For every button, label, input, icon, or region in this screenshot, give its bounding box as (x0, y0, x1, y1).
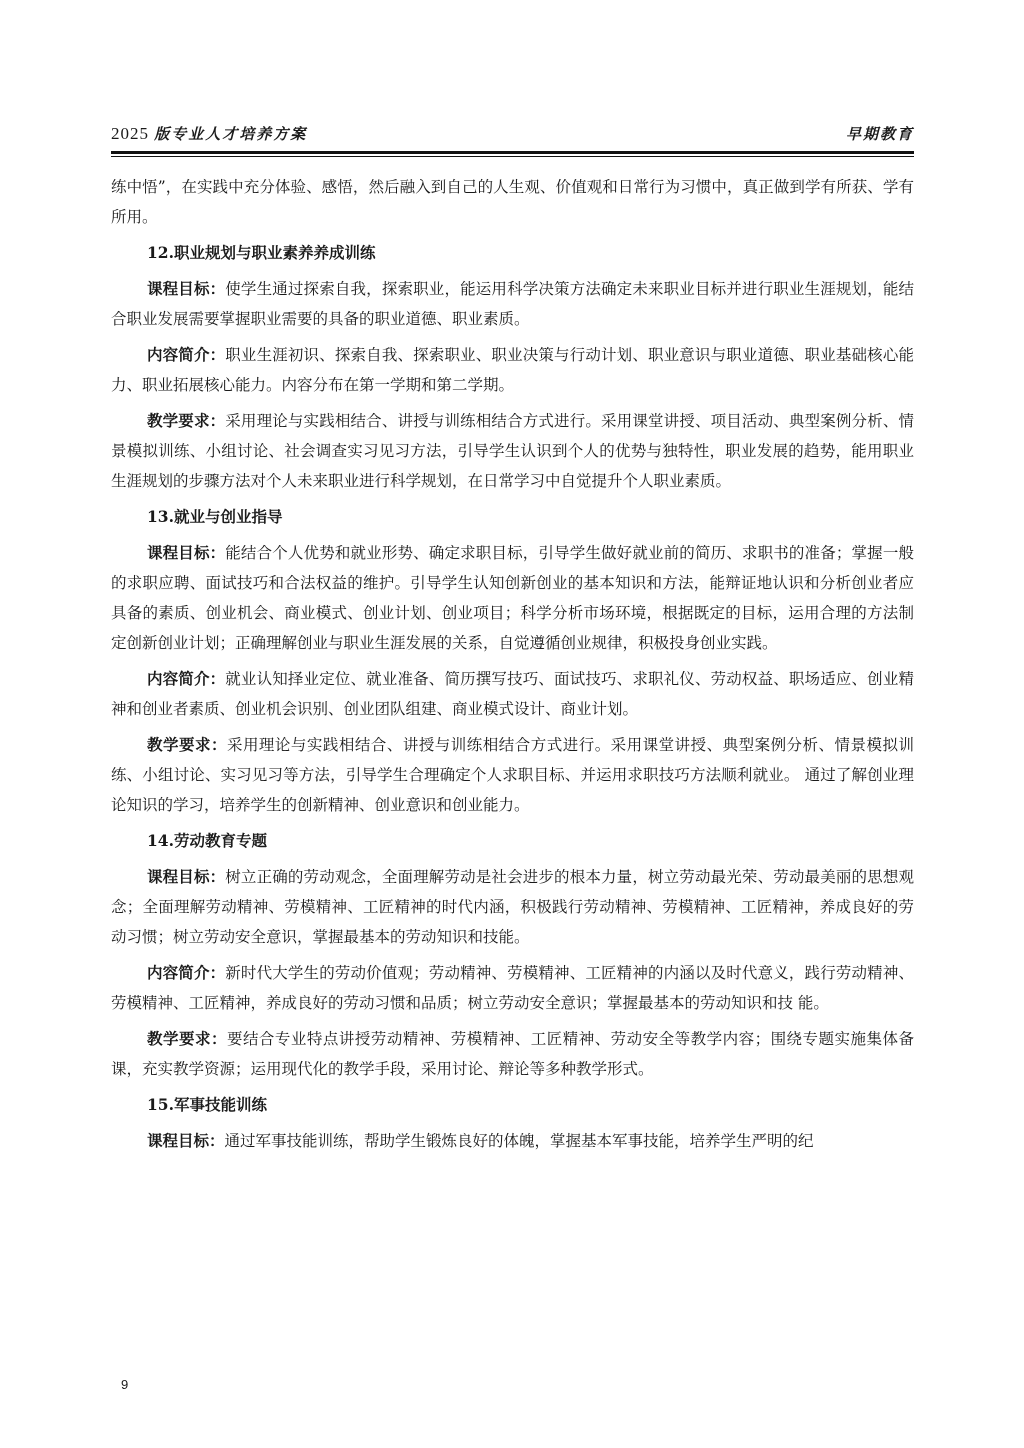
course-goal-14: 课程目标：树立正确的劳动观念，全面理解劳动是社会进步的根本力量，树立劳动最光荣、… (111, 862, 914, 952)
document-title: 2025 版专业人才培养方案 (111, 123, 307, 146)
course-requirements-13: 教学要求：采用理论与实践相结合、讲授与训练相结合方式进行。采用课堂讲授、典型案例… (111, 730, 914, 820)
course-content-14: 内容简介：新时代大学生的劳动价值观；劳动精神、劳模精神、工匠精神的内涵以及时代意… (111, 958, 914, 1018)
requirements-label: 教学要求： (147, 411, 225, 430)
section-heading-13: 13.就业与创业指导 (111, 502, 914, 532)
requirements-text: 要结合专业特点讲授劳动精神、劳模精神、工匠精神、劳动安全等教学内容；围绕专题实施… (111, 1030, 914, 1078)
goal-label: 课程目标： (147, 543, 225, 562)
goal-label: 课程目标： (147, 279, 225, 298)
goal-label: 课程目标： (147, 1131, 225, 1150)
course-goal-12: 课程目标：使学生通过探索自我，探索职业，能运用科学决策方法确定未来职业目标并进行… (111, 274, 914, 334)
content-text: 职业生涯初识、探索自我、探索职业、职业决策与行动计划、职业意识与职业道德、职业基… (111, 346, 914, 394)
requirements-label: 教学要求： (147, 1029, 227, 1048)
content-text: 新时代大学生的劳动价值观；劳动精神、劳模精神、工匠精神的内涵以及时代意义，践行劳… (111, 964, 914, 1012)
course-goal-15: 课程目标：通过军事技能训练，帮助学生锻炼良好的体魄，掌握基本军事技能，培养学生严… (111, 1126, 914, 1156)
page-body: 练中悟”，在实践中充分体验、感悟，然后融入到自己的人生观、价值观和日常行为习惯中… (111, 172, 914, 1162)
goal-text: 树立正确的劳动观念，全面理解劳动是社会进步的根本力量，树立劳动最光荣、劳动最美丽… (111, 868, 914, 946)
running-header: 2025 版专业人才培养方案 早期教育 (111, 123, 914, 149)
content-label: 内容简介： (147, 963, 225, 982)
header-title: 版专业人才培养方案 (154, 127, 307, 143)
section-heading-14: 14.劳动教育专题 (111, 826, 914, 856)
requirements-text: 采用理论与实践相结合、讲授与训练相结合方式进行。采用课堂讲授、项目活动、典型案例… (111, 412, 914, 490)
course-content-12: 内容简介：职业生涯初识、探索自我、探索职业、职业决策与行动计划、职业意识与职业道… (111, 340, 914, 400)
header-rule-thick (111, 151, 914, 154)
goal-text: 能结合个人优势和就业形势、确定求职目标，引导学生做好就业前的简历、求职书的准备；… (111, 544, 914, 652)
requirements-text: 采用理论与实践相结合、讲授与训练相结合方式进行。采用课堂讲授、典型案例分析、情景… (111, 736, 914, 814)
course-requirements-12: 教学要求：采用理论与实践相结合、讲授与训练相结合方式进行。采用课堂讲授、项目活动… (111, 406, 914, 496)
intro-paragraph: 练中悟”，在实践中充分体验、感悟，然后融入到自己的人生观、价值观和日常行为习惯中… (111, 172, 914, 232)
course-goal-13: 课程目标：能结合个人优势和就业形势、确定求职目标，引导学生做好就业前的简历、求职… (111, 538, 914, 658)
content-text: 就业认知择业定位、就业准备、简历撰写技巧、面试技巧、求职礼仪、劳动权益、职场适应… (111, 670, 914, 718)
course-requirements-14: 教学要求：要结合专业特点讲授劳动精神、劳模精神、工匠精神、劳动安全等教学内容；围… (111, 1024, 914, 1084)
header-department: 早期教育 (846, 123, 914, 145)
page-number: 9 (121, 1377, 128, 1392)
section-heading-15: 15.军事技能训练 (111, 1090, 914, 1120)
header-rule-thin (111, 156, 914, 157)
requirements-label: 教学要求： (147, 735, 227, 754)
content-label: 内容简介： (147, 345, 225, 364)
goal-label: 课程目标： (147, 867, 225, 886)
goal-text: 通过军事技能训练，帮助学生锻炼良好的体魄，掌握基本军事技能，培养学生严明的纪 (225, 1132, 814, 1150)
content-label: 内容简介： (147, 669, 225, 688)
header-year: 2025 (111, 124, 149, 143)
course-content-13: 内容简介：就业认知择业定位、就业准备、简历撰写技巧、面试技巧、求职礼仪、劳动权益… (111, 664, 914, 724)
section-heading-12: 12.职业规划与职业素养养成训练 (111, 238, 914, 268)
goal-text: 使学生通过探索自我，探索职业，能运用科学决策方法确定未来职业目标并进行职业生涯规… (111, 280, 914, 328)
